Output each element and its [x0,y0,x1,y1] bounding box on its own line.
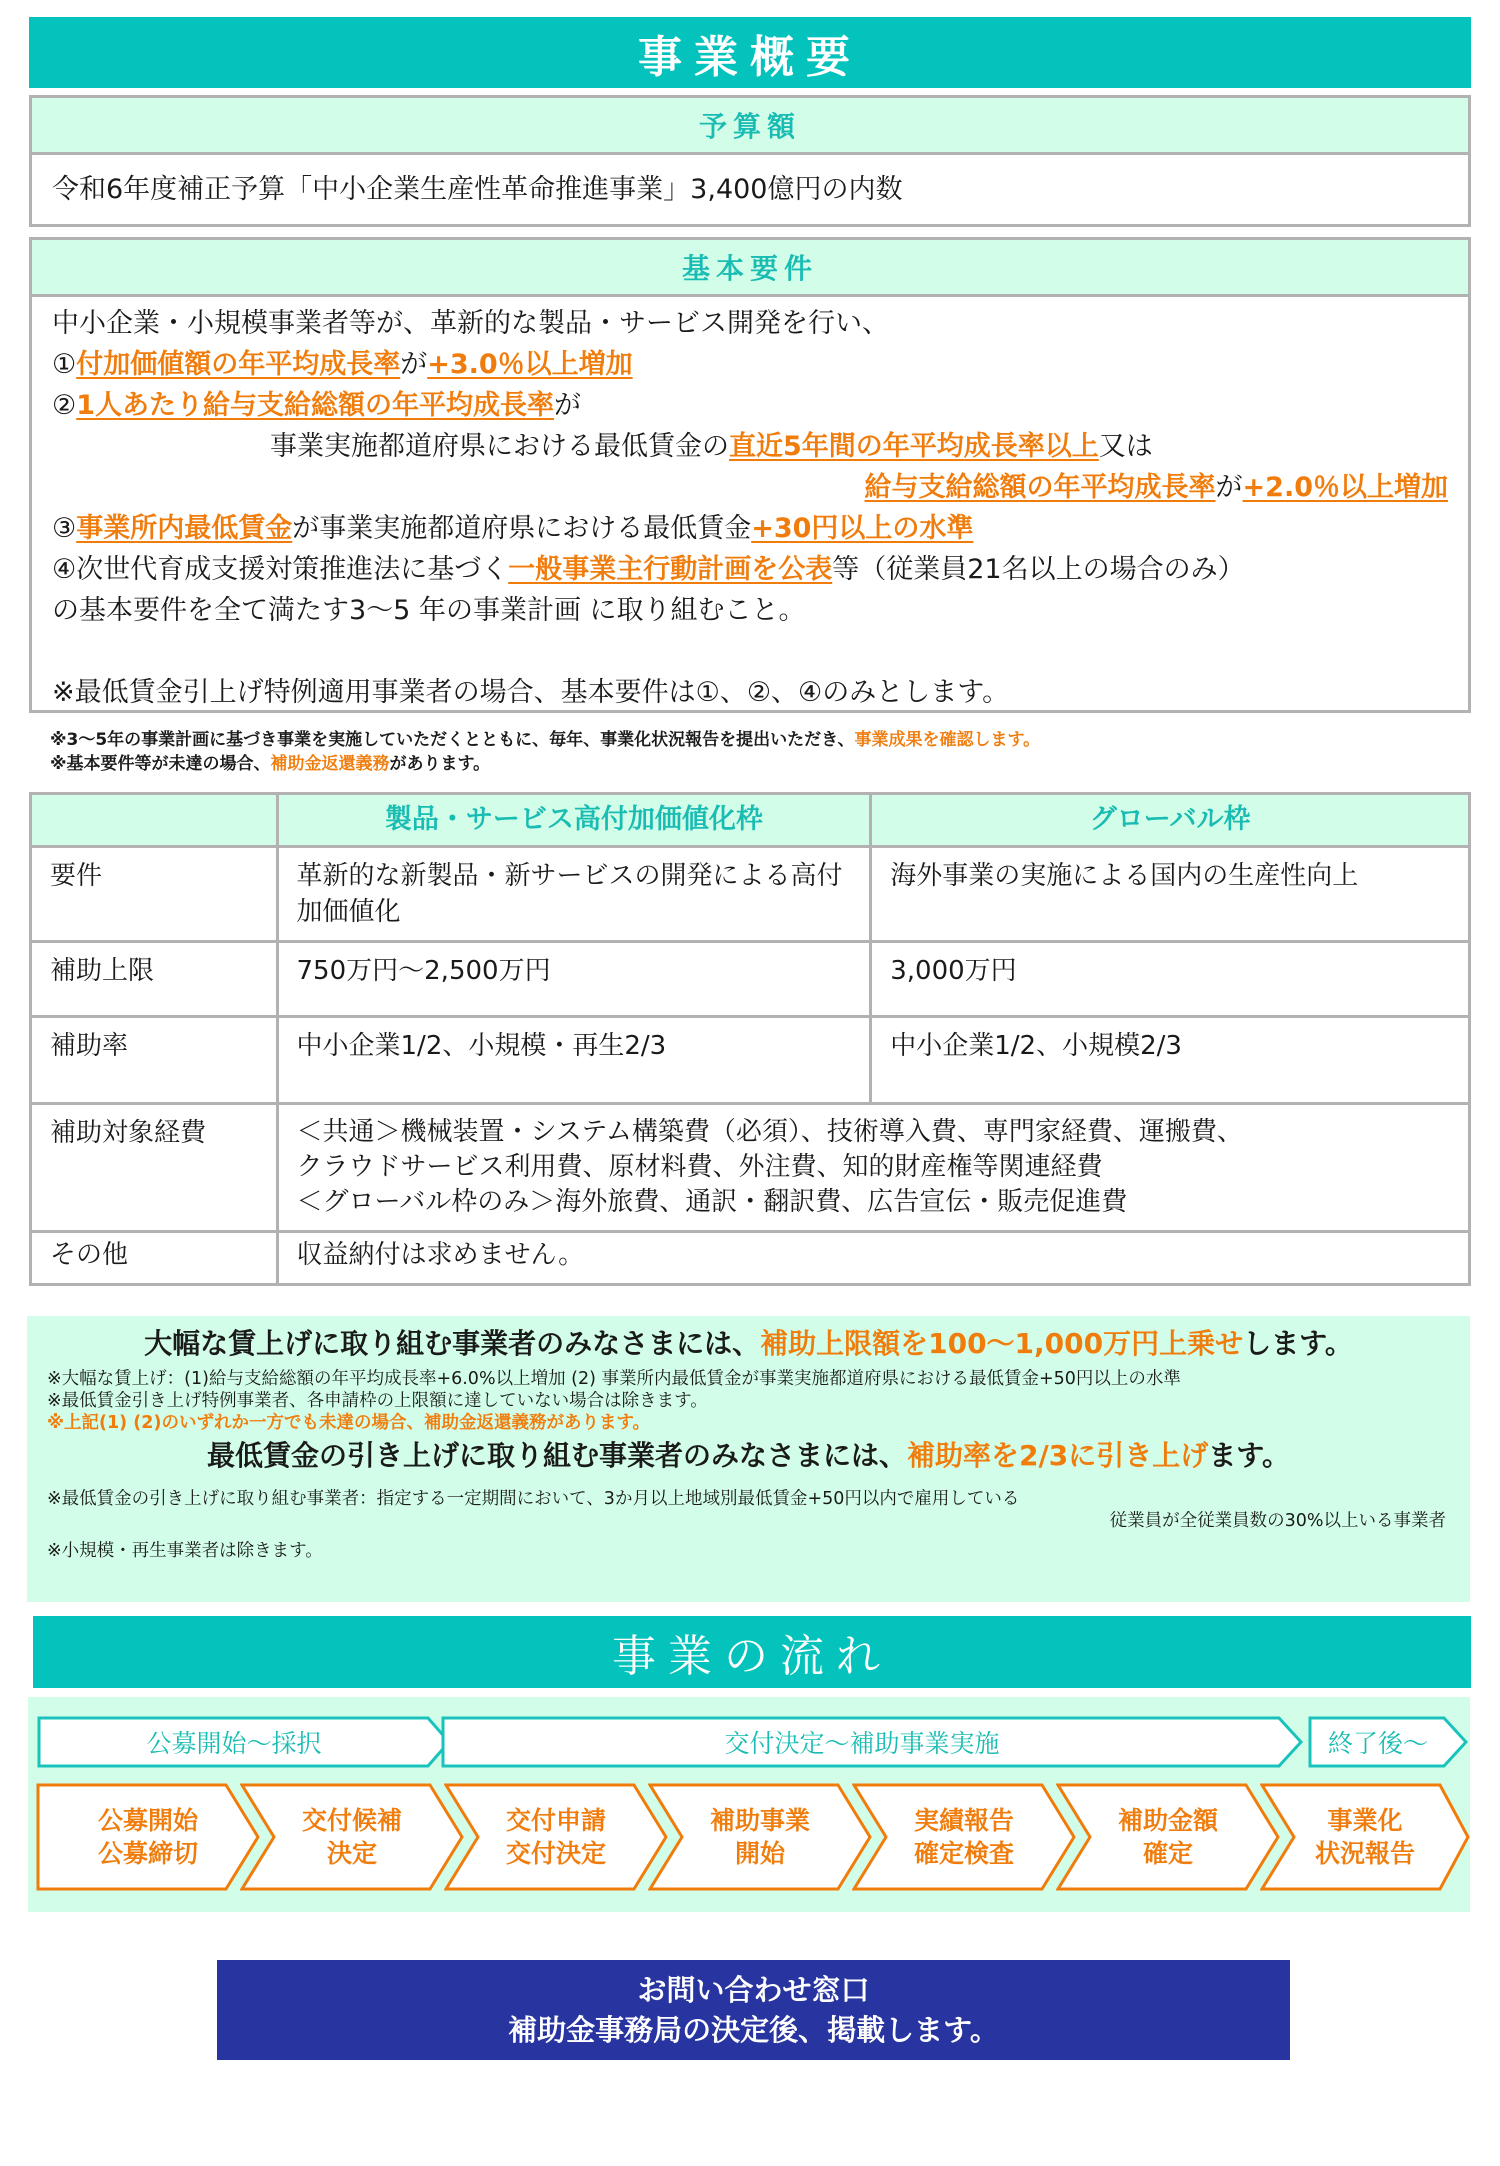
req4-highlight: 一般事業主行動計画を公表 [508,554,832,585]
table-header-empty [31,794,278,847]
row-product-value: 革新的な新製品・新サービスの開発による高付加価値化 [277,847,871,942]
step-line-2: 状況報告 [1315,1837,1415,1870]
flow-step: 事業化状況報告 [1260,1783,1470,1891]
table-row: 補助率 中小企業1/2、小規模・再生2/3 中小企業1/2、小規模2/3 [31,1017,1470,1104]
contact-title: お問い合わせ窓口 [637,1970,869,2010]
step-line-2: 交付決定 [506,1837,606,1870]
basic-requirements-heading: 基本要件 [32,240,1468,297]
flow-diagram: 公募開始～採択 交付決定～補助事業実施 終了後～ 公募開始公募締切 交付候補決定… [28,1697,1470,1912]
req3-highlight: 事業所内最低賃金 [76,513,292,544]
table-row-expenses: 補助対象経費 ＜共通＞機械装置・システム構築費（必須）、技術導入費、専門家経費、… [31,1104,1470,1232]
table-header-row: 製品・サービス高付加価値化枠 グローバル枠 [31,794,1470,847]
step-line-2: 決定 [327,1837,377,1870]
table-row: 補助上限 750万円～2,500万円 3,000万円 [31,942,1470,1017]
table-row-other: その他 収益納付は求めません。 [31,1232,1470,1285]
wage-note-2: ※最低賃金引き上げ特例事業者、各申請枠の上限額に達していない場合は除きます。 [27,1390,1470,1412]
expenses-global-only: ＜グローバル枠のみ＞海外旅費、通訳・翻訳費、広告宣伝・販売促進費 [297,1185,1450,1220]
phase-label: 交付決定～補助事業実施 [441,1716,1303,1768]
flow-step: 補助金額確定 [1056,1783,1280,1891]
req2-line3-highlight: 給与支給総額の年平均成長率 [865,472,1216,503]
phase-label: 公募開始～採択 [37,1716,451,1768]
step-line-2: 確定 [1143,1837,1193,1870]
step-line-2: 公募締切 [98,1837,198,1870]
step-line-1: 公募開始 [98,1804,198,1837]
wage-note-3: ※上記(1) (2)のいずれか一方でも未達の場合、補助金返還義務があります。 [27,1412,1470,1434]
requirement-3: ③事業所内最低賃金が事業実施都道府県における最低賃金+30円以上の水準 [52,508,1448,549]
flow-title-bar: 事業の流れ [33,1616,1471,1688]
table-header-global: グローバル枠 [871,794,1470,847]
basic-requirements-body: 中小企業・小規模事業者等が、革新的な製品・サービス開発を行い、 ①付加価値額の年… [32,297,1468,713]
budget-text: 令和6年度補正予算「中小企業生産性革命推進事業」3,400億円の内数 [32,155,1468,210]
req1-text: が [400,349,427,380]
step-label: 補助事業開始 [648,1783,872,1891]
step-label: 交付候補決定 [240,1783,464,1891]
page-title: 事業概要 [638,21,862,85]
step-label: 事業化状況報告 [1260,1783,1470,1891]
wage-headline-2: 最低賃金の引き上げに取り組む事業者のみなさまには、補助率を2/3に引き上げます。 [27,1436,1470,1476]
row-label: 要件 [31,847,278,942]
headline-2-highlight: 補助率を2/3に引き上げ [907,1439,1208,1472]
phase-arrow: 終了後～ [1308,1716,1468,1768]
headline-1-highlight: 補助上限額を100～1,000万円上乗せ [760,1327,1243,1360]
expenses-common-cont: クラウドサービス利用費、原材料費、外注費、知的財産権等関連経費 [297,1150,1450,1185]
row-product-value: 750万円～2,500万円 [277,942,871,1017]
phase-arrow: 公募開始～採択 [37,1716,451,1768]
row-label: 補助率 [31,1017,278,1104]
flow-title: 事業の流れ [612,1620,892,1684]
requirement-2-line3: 給与支給総額の年平均成長率が+2.0％以上増加 [52,467,1448,508]
req2-line3-text: が [1216,472,1243,503]
note-line-2: ※基本要件等が未達の場合、補助金返還義務があります。 [50,752,1480,776]
phase-arrow: 交付決定～補助事業実施 [441,1716,1303,1768]
contact-box: お問い合わせ窓口 補助金事務局の決定後、掲載します。 [217,1960,1290,2060]
step-line-1: 補助事業 [710,1804,810,1837]
budget-section: 予算額 令和6年度補正予算「中小企業生産性革命推進事業」3,400億円の内数 [29,95,1471,227]
step-line-1: 交付候補 [302,1804,402,1837]
other-value: 収益納付は求めません。 [277,1232,1469,1285]
row-global-value: 海外事業の実施による国内の生産性向上 [871,847,1470,942]
requirements-intro: 中小企業・小規模事業者等が、革新的な製品・サービス開発を行い、 [52,303,1448,344]
requirement-1: ①付加価値額の年平均成長率が+3.0％以上増加 [52,344,1448,385]
req4-condition: 等（従業員21名以上の場合のみ） [832,554,1244,585]
step-line-2: 確定検査 [914,1837,1014,1870]
req3-number: ③ [52,513,76,544]
table-header-product: 製品・サービス高付加価値化枠 [277,794,871,847]
contact-message: 補助金事務局の決定後、掲載します。 [508,2010,999,2050]
headline-2-text: 最低賃金の引き上げに取り組む事業者のみなさまには、 [207,1439,907,1472]
req1-number: ① [52,349,76,380]
flow-step: 実績報告確定検査 [852,1783,1076,1891]
note-1-text: ※3～5年の事業計画に基づき事業を実施していただくとともに、毎年、事業化状況報告… [50,730,855,750]
headline-1-text: 大幅な賃上げに取り組む事業者のみなさまには、 [144,1327,760,1360]
step-label: 公募開始公募締切 [36,1783,260,1891]
row-label: 補助上限 [31,942,278,1017]
note-2-text: ※基本要件等が未達の場合、 [50,754,271,774]
req1-highlight: 付加価値額の年平均成長率 [76,349,400,380]
row-label: その他 [31,1232,278,1285]
flow-step: 交付申請交付決定 [444,1783,668,1891]
req3-target: +30円以上の水準 [751,513,973,544]
note-1-highlight: 事業成果を確認します。 [855,730,1041,750]
flow-step: 公募開始公募締切 [36,1783,260,1891]
req2-line2-or: 又は [1099,431,1153,462]
row-global-value: 3,000万円 [871,942,1470,1017]
step-label: 交付申請交付決定 [444,1783,668,1891]
req2-line2-highlight: 直近5年間の年平均成長率以上 [729,431,1099,462]
flow-step: 補助事業開始 [648,1783,872,1891]
wage-note-4: ※最低賃金の引き上げに取り組む事業者：指定する一定期間において、3か月以上地域別… [27,1488,1470,1510]
page-title-bar: 事業概要 [29,17,1471,88]
step-label: 実績報告確定検査 [852,1783,1076,1891]
req2-line3-target: +2.0％以上増加 [1243,472,1448,503]
step-label: 補助金額確定 [1056,1783,1280,1891]
requirements-exception-note: ※最低賃金引上げ特例適用事業者の場合、基本要件は①、②、④のみとします。 [52,672,1448,713]
req2-text: が [554,390,581,421]
flow-step: 交付候補決定 [240,1783,464,1891]
req2-line2-text: 事業実施都道府県における最低賃金の [270,431,729,462]
note-2-highlight: 補助金返還義務 [271,754,390,774]
step-line-2: 開始 [735,1837,785,1870]
wage-increase-box: 大幅な賃上げに取り組む事業者のみなさまには、補助上限額を100～1,000万円上… [27,1316,1470,1602]
note-line-1: ※3～5年の事業計画に基づき事業を実施していただくとともに、毎年、事業化状況報告… [50,728,1480,752]
expenses-value: ＜共通＞機械装置・システム構築費（必須）、技術導入費、専門家経費、運搬費、 クラ… [277,1104,1469,1232]
requirements-closing: の基本要件を全て満たす3～5 年の事業計画 に取り組むこと。 [52,590,1448,631]
step-line-1: 事業化 [1327,1804,1402,1837]
phase-label: 終了後～ [1308,1716,1468,1768]
budget-heading: 予算額 [32,98,1468,155]
basic-requirements-section: 基本要件 中小企業・小規模事業者等が、革新的な製品・サービス開発を行い、 ①付加… [29,237,1471,713]
headline-1-suffix: します。 [1243,1327,1353,1360]
expenses-common: ＜共通＞機械装置・システム構築費（必須）、技術導入費、専門家経費、運搬費、 [297,1115,1450,1150]
table-row: 要件 革新的な新製品・新サービスの開発による高付加価値化 海外事業の実施による国… [31,847,1470,942]
step-line-1: 実績報告 [914,1804,1014,1837]
row-label: 補助対象経費 [31,1104,278,1232]
row-global-value: 中小企業1/2、小規模2/3 [871,1017,1470,1104]
requirement-2-line2: 事業実施都道府県における最低賃金の直近5年間の年平均成長率以上又は [52,426,1448,467]
req2-highlight: 1人あたり給与支給総額の年平均成長率 [76,390,554,421]
step-line-1: 交付申請 [506,1804,606,1837]
note-2-suffix: があります。 [390,754,491,774]
row-product-value: 中小企業1/2、小規模・再生2/3 [277,1017,871,1104]
wage-headline-1: 大幅な賃上げに取り組む事業者のみなさまには、補助上限額を100～1,000万円上… [27,1324,1470,1364]
req4-text: ④次世代育成支援対策推進法に基づく [52,554,508,585]
wage-note-1: ※大幅な賃上げ：(1)給与支給総額の年平均成長率+6.0%以上増加 (2) 事業… [27,1368,1470,1390]
req1-target: +3.0％以上増加 [427,349,632,380]
wage-note-5: ※小規模・再生事業者は除きます。 [27,1540,1470,1562]
headline-2-suffix: ます。 [1208,1439,1290,1472]
notes: ※3～5年の事業計画に基づき事業を実施していただくとともに、毎年、事業化状況報告… [50,728,1480,776]
requirement-4: ④次世代育成支援対策推進法に基づく一般事業主行動計画を公表等（従業員21名以上の… [52,549,1448,590]
req3-text: が事業実施都道府県における最低賃金 [292,513,751,544]
subsidy-table: 製品・サービス高付加価値化枠 グローバル枠 要件 革新的な新製品・新サービスの開… [29,792,1471,1286]
wage-note-4b: 従業員が全従業員数の30%以上いる事業者 [27,1510,1470,1532]
req2-number: ② [52,390,76,421]
step-line-1: 補助金額 [1118,1804,1218,1837]
requirement-2: ②1人あたり給与支給総額の年平均成長率が [52,385,1448,426]
